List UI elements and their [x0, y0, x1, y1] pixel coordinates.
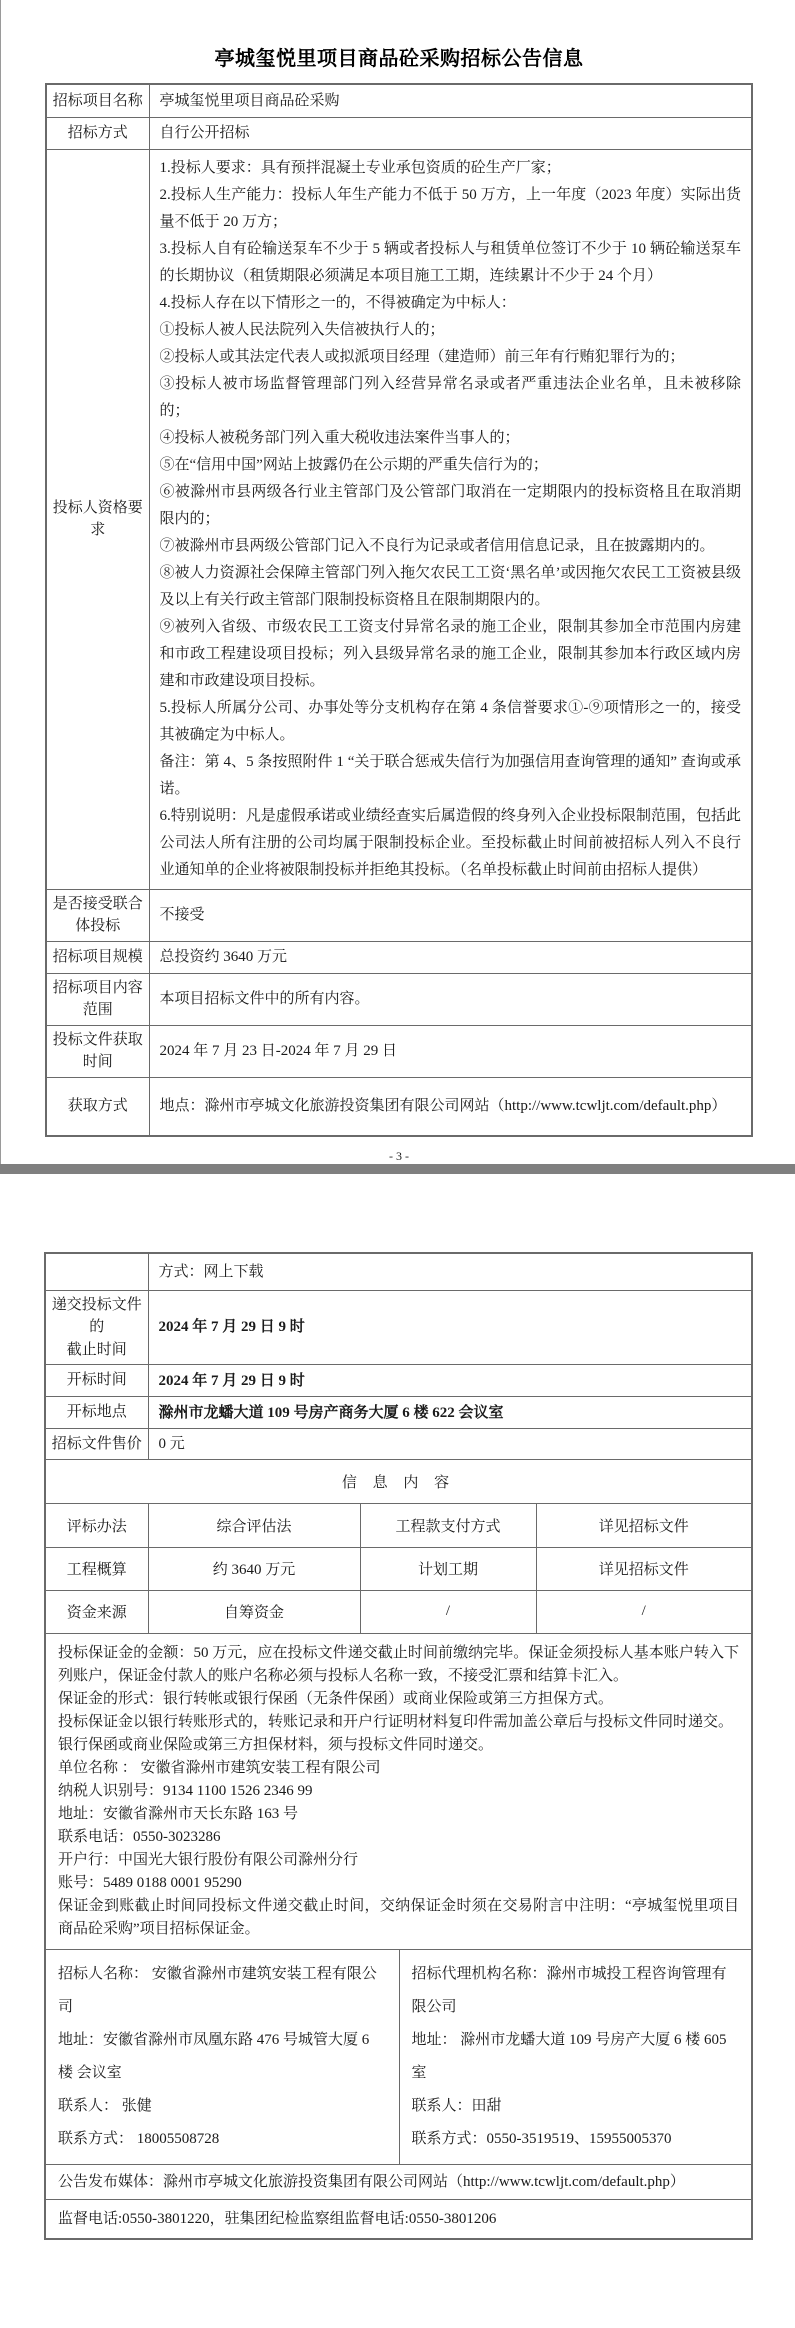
submit-deadline-label: 递交投标文件的 截止时间	[46, 1290, 148, 1365]
opening-time-label: 开标时间	[46, 1365, 148, 1397]
table-row-download-method: 方式：网上下载	[46, 1254, 751, 1290]
bidder-contact-column: 招标人名称： 安徽省滁州市建筑安装工程有限公司 地址：安徽省滁州市凤凰东路 47…	[46, 1950, 399, 2164]
planned-duration-label: 计划工期	[360, 1547, 536, 1590]
deposit-bank: 开户行：中国光大银行股份有限公司滁州分行	[58, 1849, 739, 1872]
qualification-paragraph: 备注：第 4、5 条按照附件 1 “关于联合惩戒失信行为加强信用查询管理的通知”…	[160, 749, 742, 803]
budget-value: 约 3640 万元	[148, 1547, 360, 1590]
bidder-address: 地址：安徽省滁州市凤凰东路 476 号城管大厦 6 楼 会议室	[58, 2024, 387, 2090]
obtain-way-value: 地点：滁州市亭城文化旅游投资集团有限公司网站（http://www.tcwljt…	[149, 1077, 751, 1135]
qualification-label: 投标人资格要求	[47, 149, 149, 889]
qualification-paragraph: ⑦被滁州市县两级公管部门记入不良行为记录或者信用信息记录，且在披露期内的。	[160, 533, 742, 560]
page-number: - 3 -	[45, 1149, 753, 1164]
obtain-time-label: 投标文件获取时间	[47, 1025, 149, 1077]
page-separator-band	[0, 1164, 795, 1174]
table-row-opening-time: 开标时间 2024 年 7 月 29 日 9 时	[46, 1365, 751, 1397]
qualification-paragraph: ⑧被人力资源社会保障主管部门列入拖欠农民工工资‘黑名单’或因拖欠农民工工资被县级…	[160, 560, 742, 614]
announcement-media-line: 公告发布媒体：滁州市亭城文化旅游投资集团有限公司网站（http://www.tc…	[58, 2170, 739, 2194]
bidder-name: 招标人名称： 安徽省滁州市建筑安装工程有限公司	[58, 1958, 387, 2024]
download-method-label	[46, 1254, 148, 1290]
table-row-opening-place: 开标地点 滁州市龙蟠大道 109 号房产商务大厦 6 楼 622 会议室	[46, 1397, 751, 1429]
budget-label: 工程概算	[46, 1547, 148, 1590]
qualification-paragraph: 1.投标人要求：具有预拌混凝土专业承包资质的砼生产厂家；	[160, 155, 742, 182]
supervision-section: 监督电话:0550-3801220，驻集团纪检监察组监督电话:0550-3801…	[46, 2199, 751, 2238]
deposit-account-number: 账号：5489 0188 0001 95290	[58, 1872, 739, 1895]
consortium-label: 是否接受联合体投标	[47, 889, 149, 941]
fund-source-label: 资金来源	[46, 1590, 148, 1633]
table-row-consortium: 是否接受联合体投标 不接受	[47, 889, 751, 941]
qualification-paragraph: ①投标人被人民法院列入失信被执行人的；	[160, 317, 742, 344]
payment-method-value: 详见招标文件	[536, 1504, 751, 1547]
deposit-account-name: 单位名称 ： 安徽省滁州市建筑安装工程有限公司	[58, 1757, 739, 1780]
table-row-evaluation: 评标办法 综合评估法 工程款支付方式 详见招标文件	[46, 1504, 751, 1547]
table-row-project-scope: 招标项目内容范围 本项目招标文件中的所有内容。	[47, 973, 751, 1025]
deposit-paragraph: 投标保证金以银行转账形式的，转账记录和开户行证明材料复印件需加盖公章后与投标文件…	[58, 1711, 739, 1734]
page-1: 亭城玺悦里项目商品砼采购招标公告信息 招标项目名称 亭城玺悦里项目商品砼采购 招…	[0, 0, 795, 1164]
submit-deadline-value: 2024 年 7 月 29 日 9 时	[148, 1290, 751, 1365]
announcement-table-frame: 招标项目名称 亭城玺悦里项目商品砼采购 招标方式 自行公开招标 投标人资格要求 …	[45, 83, 753, 1137]
qualification-paragraph: ⑤在“信用中国”网站上披露仍在公示期的严重失信行为的；	[160, 452, 742, 479]
document-viewer: { "colors": { "separator_band": "#7f7f7f…	[0, 0, 795, 2328]
tender-method-label: 招标方式	[47, 117, 149, 149]
announcement-table-section: 招标项目名称 亭城玺悦里项目商品砼采购 招标方式 自行公开招标 投标人资格要求 …	[47, 85, 751, 1135]
deposit-paragraph: 银行保函或商业保险或第三方担保材料，须与投标文件同时递交。	[58, 1734, 739, 1757]
info-grid-table: 评标办法 综合评估法 工程款支付方式 详见招标文件 工程概算 约 3640 万元…	[46, 1504, 751, 1633]
agency-contact-column: 招标代理机构名称：滁州市城投工程咨询管理有限公司 地址： 滁州市龙蟠大道 109…	[399, 1950, 752, 2164]
schedule-table: 方式：网上下载 递交投标文件的 截止时间 2024 年 7 月 29 日 9 时…	[46, 1254, 751, 1459]
project-scale-label: 招标项目规模	[47, 941, 149, 973]
qualification-paragraph: ②投标人或其法定代表人或拟派项目经理（建造师）前三年有行贿犯罪行为的；	[160, 344, 742, 371]
qualification-paragraph: ⑥被滁州市县两级各行业主管部门及公管部门取消在一定期限内的投标资格且在取消期限内…	[160, 479, 742, 533]
obtain-way-label: 获取方式	[47, 1077, 149, 1135]
agency-contact-phone: 联系方式：0550-3519519、15955005370	[412, 2123, 740, 2156]
qualification-paragraph: ③投标人被市场监督管理部门列入经营异常名录或者严重违法企业名单，且未被移除的；	[160, 371, 742, 425]
doc-price-label: 招标文件售价	[46, 1429, 148, 1460]
deposit-taxpayer-id: 纳税人识别号：9134 1100 1526 2346 99	[58, 1780, 739, 1803]
qualification-paragraph: ④投标人被税务部门列入重大税收违法案件当事人的；	[160, 425, 742, 452]
table-row-obtain-way: 获取方式 地点：滁州市亭城文化旅游投资集团有限公司网站（http://www.t…	[47, 1077, 751, 1135]
table-row-project-scale: 招标项目规模 总投资约 3640 万元	[47, 941, 751, 973]
contacts-section: 招标人名称： 安徽省滁州市建筑安装工程有限公司 地址：安徽省滁州市凤凰东路 47…	[46, 1949, 751, 2164]
download-method-value: 方式：网上下载	[148, 1254, 751, 1290]
qualification-paragraph: 5.投标人所属分公司、办事处等分支机构存在第 4 条信誉要求①-⑨项情形之一的，…	[160, 695, 742, 749]
document-title: 亭城玺悦里项目商品砼采购招标公告信息	[45, 42, 753, 71]
deposit-section: 投标保证金的金额：50 万元，应在投标文件递交截止时间前缴纳完毕。保证金须投标人…	[46, 1633, 751, 1949]
deposit-paragraph: 保证金的形式：银行转帐或银行保函（无条件保函）或商业保险或第三方担保方式。	[58, 1688, 739, 1711]
obtain-time-value: 2024 年 7 月 23 日-2024 年 7 月 29 日	[149, 1025, 751, 1077]
supervision-phone-line: 监督电话:0550-3801220，驻集团纪检监察组监督电话:0550-3801…	[58, 2208, 739, 2230]
opening-place-label: 开标地点	[46, 1397, 148, 1429]
agency-name: 招标代理机构名称：滁州市城投工程咨询管理有限公司	[412, 1958, 740, 2024]
table-row-qualification: 投标人资格要求 1.投标人要求：具有预拌混凝土专业承包资质的砼生产厂家； 2.投…	[47, 149, 751, 889]
table-row-submit-deadline: 递交投标文件的 截止时间 2024 年 7 月 29 日 9 时	[46, 1290, 751, 1365]
fund-source-value: 自筹资金	[148, 1590, 360, 1633]
table-row-project-name: 招标项目名称 亭城玺悦里项目商品砼采购	[47, 85, 751, 117]
opening-place-value: 滁州市龙蟠大道 109 号房产商务大厦 6 楼 622 会议室	[148, 1397, 751, 1429]
schedule-section: 方式：网上下载 递交投标文件的 截止时间 2024 年 7 月 29 日 9 时…	[46, 1254, 751, 1459]
project-name-value: 亭城玺悦里项目商品砼采购	[149, 85, 751, 117]
opening-time-value: 2024 年 7 月 29 日 9 时	[148, 1365, 751, 1397]
doc-price-value: 0 元	[148, 1429, 751, 1460]
evaluation-method-value: 综合评估法	[148, 1504, 360, 1547]
fund-source-slash1: /	[360, 1590, 536, 1633]
qualification-paragraph: ⑨被列入省级、市级农民工工资支付异常名录的施工企业，限制其参加全市范围内房建和市…	[160, 614, 742, 695]
project-scope-value: 本项目招标文件中的所有内容。	[149, 973, 751, 1025]
tender-method-value: 自行公开招标	[149, 117, 751, 149]
media-section: 公告发布媒体：滁州市亭城文化旅游投资集团有限公司网站（http://www.tc…	[46, 2164, 751, 2199]
fund-source-slash2: /	[536, 1590, 751, 1633]
announcement-table2-frame: 方式：网上下载 递交投标文件的 截止时间 2024 年 7 月 29 日 9 时…	[44, 1252, 753, 2240]
qualification-paragraph: 6.特别说明：凡是虚假承诺或业绩经查实后属造假的终身列入企业投标限制范围，包括此…	[160, 803, 742, 884]
qualification-paragraph: 4.投标人存在以下情形之一的，不得被确定为中标人：	[160, 290, 742, 317]
table-row-obtain-time: 投标文件获取时间 2024 年 7 月 23 日-2024 年 7 月 29 日	[47, 1025, 751, 1077]
table-row-budget: 工程概算 约 3640 万元 计划工期 详见招标文件	[46, 1547, 751, 1590]
info-header-section: 信 息 内 容	[46, 1459, 751, 1503]
bidder-contact-person: 联系人： 张健	[58, 2090, 387, 2123]
table-row-tender-method: 招标方式 自行公开招标	[47, 117, 751, 149]
project-name-label: 招标项目名称	[47, 85, 149, 117]
announcement-info-table: 招标项目名称 亭城玺悦里项目商品砼采购 招标方式 自行公开招标 投标人资格要求 …	[47, 85, 751, 1135]
consortium-value: 不接受	[149, 889, 751, 941]
qualification-value: 1.投标人要求：具有预拌混凝土专业承包资质的砼生产厂家； 2.投标人生产能力：投…	[149, 149, 751, 889]
qualification-paragraph: 2.投标人生产能力：投标人年生产能力不低于 50 万方，上一年度（2023 年度…	[160, 182, 742, 236]
info-content-header: 信 息 内 容	[46, 1460, 751, 1503]
deposit-phone: 联系电话：0550-3023286	[58, 1826, 739, 1849]
qualification-paragraph: 3.投标人自有砼输送泵车不少于 5 辆或者投标人与租赁单位签订不少于 10 辆砼…	[160, 236, 742, 290]
agency-address: 地址： 滁州市龙蟠大道 109 号房产大厦 6 楼 605 室	[412, 2024, 740, 2090]
bidder-contact-phone: 联系方式： 18005508728	[58, 2123, 387, 2156]
evaluation-method-label: 评标办法	[46, 1504, 148, 1547]
project-scale-value: 总投资约 3640 万元	[149, 941, 751, 973]
table-row-doc-price: 招标文件售价 0 元	[46, 1429, 751, 1460]
agency-contact-person: 联系人：田甜	[412, 2090, 740, 2123]
planned-duration-value: 详见招标文件	[536, 1547, 751, 1590]
project-scope-label: 招标项目内容范围	[47, 973, 149, 1025]
table-row-fund-source: 资金来源 自筹资金 / /	[46, 1590, 751, 1633]
info-grid-section: 评标办法 综合评估法 工程款支付方式 详见招标文件 工程概算 约 3640 万元…	[46, 1503, 751, 1633]
deposit-address: 地址：安徽省滁州市天长东路 163 号	[58, 1803, 739, 1826]
deposit-paragraph: 保证金到账截止时间同投标文件递交截止时间，交纳保证金时须在交易附言中注明：“亭城…	[58, 1895, 739, 1941]
deposit-paragraph: 投标保证金的金额：50 万元，应在投标文件递交截止时间前缴纳完毕。保证金须投标人…	[58, 1642, 739, 1688]
page-2: 方式：网上下载 递交投标文件的 截止时间 2024 年 7 月 29 日 9 时…	[0, 1174, 795, 2328]
payment-method-label: 工程款支付方式	[360, 1504, 536, 1547]
